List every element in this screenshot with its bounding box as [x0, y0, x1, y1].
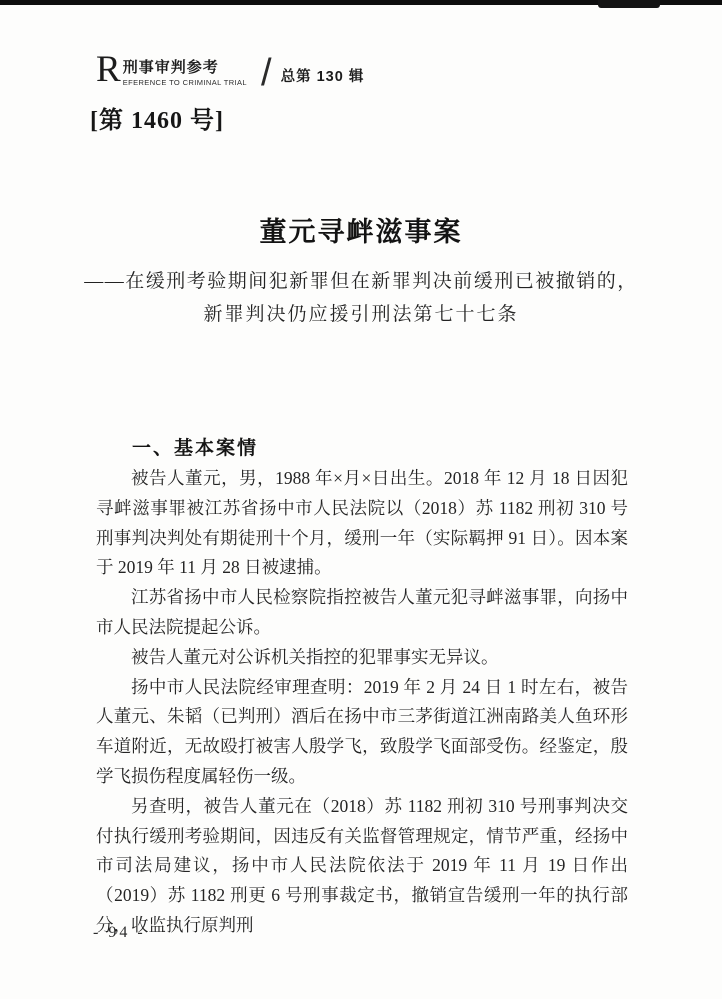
paragraph: 扬中市人民法院经审理查明：2019 年 2 月 24 日 1 时左右，被告人董元…: [96, 673, 628, 792]
scan-edge-artifact-blob: [598, 0, 660, 8]
case-subtitle-line2: 新罪判决仍应援引刑法第七十七条: [0, 299, 722, 326]
journal-logo-r-letter: R: [96, 54, 121, 87]
case-number-label: [第 1460 号]: [90, 100, 224, 135]
journal-logo-text-stack: 刑事审判参考 EFERENCE TO CRIMINAL TRIAL: [123, 60, 247, 87]
journal-title-english: EFERENCE TO CRIMINAL TRIAL: [123, 78, 247, 87]
case-title: 董元寻衅滋事案: [0, 210, 722, 249]
journal-issue-number: 总第 130 辑: [281, 65, 365, 87]
paragraph: 江苏省扬中市人民检察院指控被告人董元犯寻衅滋事罪，向扬中市人民法院提起公诉。: [96, 583, 628, 643]
scanned-document-page: R 刑事审判参考 EFERENCE TO CRIMINAL TRIAL / 总第…: [0, 0, 722, 999]
body-paragraphs: 被告人董元，男，1988 年×月×日出生。2018 年 12 月 18 日因犯寻…: [96, 464, 628, 941]
paragraph: 被告人董元，男，1988 年×月×日出生。2018 年 12 月 18 日因犯寻…: [96, 464, 628, 583]
slash-divider: /: [261, 58, 272, 88]
section-heading-basic-facts: 一、基本案情: [132, 433, 258, 460]
journal-title-chinese: 刑事审判参考: [123, 60, 247, 77]
journal-logo: R 刑事审判参考 EFERENCE TO CRIMINAL TRIAL / 总第…: [96, 54, 364, 87]
page-number: - 94 -: [93, 924, 146, 942]
paragraph: 另查明，被告人董元在（2018）苏 1182 刑初 310 号刑事判决交付执行缓…: [96, 792, 628, 941]
paragraph: 被告人董元对公诉机关指控的犯罪事实无异议。: [96, 643, 628, 673]
case-subtitle-line1: ——在缓刑考验期间犯新罪但在新罪判决前缓刑已被撤销的，: [0, 266, 722, 293]
